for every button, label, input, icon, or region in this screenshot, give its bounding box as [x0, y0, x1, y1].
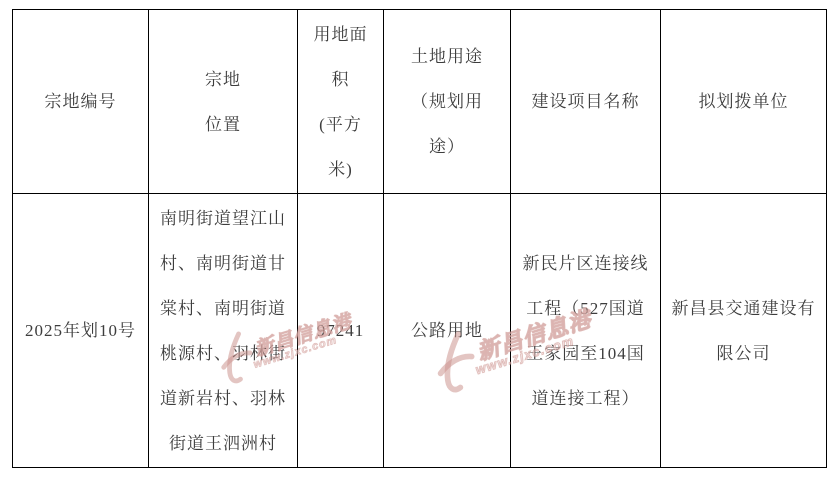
- cell-location: 南明街道望江山 村、南明街道甘 棠村、南明街道 桃源村、羽林街 道新岩村、羽林 …: [149, 194, 298, 468]
- col-header-allocated-unit: 拟划拨单位: [661, 10, 827, 194]
- col-header-area: 用地面 积 (平方 米): [298, 10, 384, 194]
- col-header-parcel-no: 宗地编号: [13, 10, 149, 194]
- cell-allocated-unit: 新昌县交通建设有 限公司: [661, 194, 827, 468]
- table-row: 2025年划10号 南明街道望江山 村、南明街道甘 棠村、南明街道 桃源村、羽林…: [13, 194, 827, 468]
- col-header-project-name: 建设项目名称: [511, 10, 661, 194]
- page: 宗地编号 宗地 位置 用地面 积 (平方 米) 土地用途 （规划用 途） 建设项…: [0, 0, 840, 481]
- cell-project-name: 新民片区连接线 工程（527国道 王家园至104国 道连接工程）: [511, 194, 661, 468]
- col-header-land-use: 土地用途 （规划用 途）: [384, 10, 511, 194]
- col-header-location: 宗地 位置: [149, 10, 298, 194]
- cell-parcel-no: 2025年划10号: [13, 194, 149, 468]
- land-allocation-table: 宗地编号 宗地 位置 用地面 积 (平方 米) 土地用途 （规划用 途） 建设项…: [12, 9, 827, 468]
- table-header-row: 宗地编号 宗地 位置 用地面 积 (平方 米) 土地用途 （规划用 途） 建设项…: [13, 10, 827, 194]
- cell-land-use: 公路用地: [384, 194, 511, 468]
- cell-area: 97241: [298, 194, 384, 468]
